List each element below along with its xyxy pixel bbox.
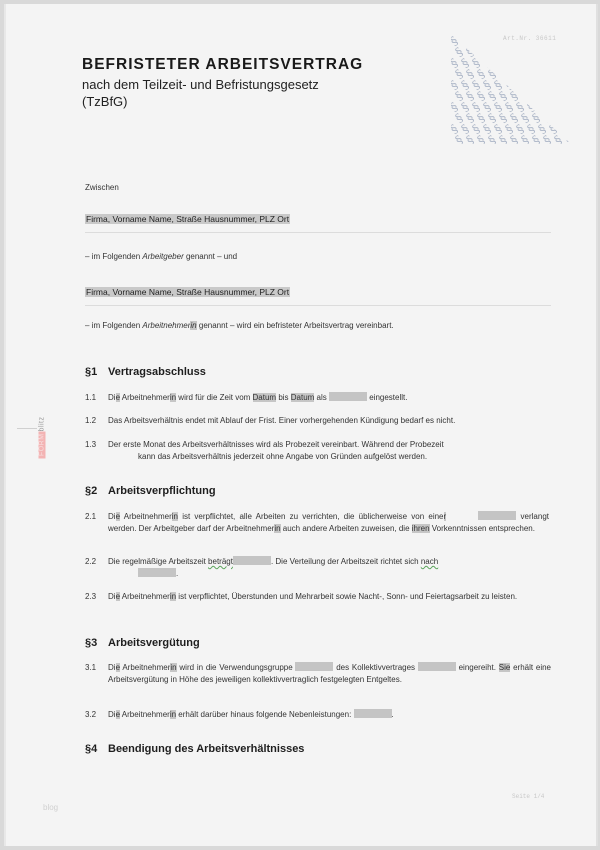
watermark-glyph: §: [530, 45, 543, 60]
watermark-glyph: §: [541, 133, 554, 144]
watermark-glyph: §: [536, 78, 549, 93]
document-title: BEFRISTETER ARBEITSVERTRAG: [82, 56, 363, 74]
watermark-glyph: §: [530, 89, 543, 104]
watermark-glyph: §: [464, 133, 477, 144]
watermark-glyph: §: [552, 89, 565, 104]
divider: [85, 305, 551, 306]
page-number: Seite 1/4: [512, 793, 544, 800]
watermark-glyph: §: [552, 67, 565, 82]
watermark-glyph: §: [525, 78, 538, 93]
document-page: Art.Nr. 36611 §§§§§§§§§§§§§§§§§§§§§§§§§§…: [4, 4, 598, 846]
section-heading-4: §4Beendigung des Arbeitsverhältnisses: [85, 743, 304, 755]
watermark-glyph: §: [519, 89, 532, 104]
brand-logo: FORMblitz: [39, 417, 46, 487]
section-heading-2: §2Arbeitsverpflichtung: [85, 485, 216, 497]
watermark-glyph: §: [508, 45, 521, 60]
employer-type-field[interactable]: [478, 511, 516, 520]
watermark-glyph: §: [558, 78, 571, 93]
watermark-glyph: §: [552, 133, 565, 144]
watermark-glyph: §: [536, 34, 549, 48]
watermark-glyph: §: [486, 133, 499, 144]
benefits-field[interactable]: [354, 709, 392, 718]
watermark-glyph: §: [475, 133, 488, 144]
watermark-glyph: §: [541, 45, 554, 60]
clause-2-1: 2.1 Die Arbeitnehmerin ist verpflichtet,…: [85, 511, 551, 535]
watermark-glyph: §: [552, 111, 565, 126]
section-heading-3: §3Arbeitsvergütung: [85, 637, 200, 649]
footer-watermark: blog: [43, 803, 58, 812]
watermark-glyph: §: [514, 56, 527, 71]
watermark-glyph: §: [530, 133, 543, 144]
working-hours-field[interactable]: [233, 556, 271, 565]
employer-field[interactable]: Firma, Vorname Name, Straße Hausnummer, …: [85, 214, 290, 224]
watermark-glyph: §: [547, 100, 560, 115]
watermark-glyph: §: [470, 34, 483, 48]
clause-2-3: 2.3 Die Arbeitnehmerin ist verpflichtet,…: [85, 591, 551, 603]
watermark-glyph: §: [514, 78, 527, 93]
clause-3-2: 3.2 Die Arbeitnehmerin erhält darüber hi…: [85, 709, 551, 721]
document-subtitle: nach dem Teilzeit- und Befristungsgesetz…: [82, 76, 402, 110]
watermark-glyph: §: [563, 111, 571, 126]
section-heading-1: §1Vertragsabschluss: [85, 366, 206, 378]
watermark-glyph: §: [519, 45, 532, 60]
employee-field[interactable]: Firma, Vorname Name, Straße Hausnummer, …: [85, 287, 290, 297]
watermark-glyph: §: [547, 78, 560, 93]
watermark-glyph: §: [497, 133, 510, 144]
clause-1-3: 1.3 Der erste Monat des Arbeitsverhältni…: [85, 439, 551, 463]
date-to-field[interactable]: Datum: [291, 393, 315, 402]
watermark-glyph: §: [508, 67, 521, 82]
watermark-glyph: §: [536, 100, 549, 115]
pay-group-field[interactable]: [295, 662, 333, 671]
watermark-glyph: §: [475, 45, 488, 60]
watermark-glyph: §: [519, 133, 532, 144]
watermark-glyph: §: [525, 56, 538, 71]
watermark-glyph: §: [459, 34, 472, 48]
watermark-glyph: §: [558, 100, 571, 115]
watermark-glyph: §: [519, 67, 532, 82]
watermark-glyph: §: [541, 89, 554, 104]
clause-1-1: 1.1 Die Arbeitnehmerin wird für die Zeit…: [85, 392, 551, 404]
watermark-glyph: §: [541, 67, 554, 82]
date-from-field[interactable]: Datum: [253, 393, 277, 402]
watermark-glyph: §: [558, 56, 571, 71]
employer-role: – im Folgenden Arbeitgeber genannt – und: [85, 252, 237, 261]
watermark-glyph: §: [563, 67, 571, 82]
subtitle-line-2: (TzBfG): [82, 93, 402, 110]
clause-2-2: 2.2 Die regelmäßige Arbeitszeit beträgt.…: [85, 556, 551, 580]
watermark-glyph: §: [486, 45, 499, 60]
watermark-glyph: §: [536, 56, 549, 71]
clause-1-2: 1.2 Das Arbeitsverhältnis endet mit Abla…: [85, 415, 551, 427]
watermark-glyph: §: [547, 56, 560, 71]
watermark-glyph: §: [558, 34, 571, 48]
collective-agreement-field[interactable]: [418, 662, 456, 671]
intro-text: Zwischen: [85, 183, 119, 192]
watermark-glyph: §: [563, 89, 571, 104]
watermark-glyph: §: [492, 56, 505, 71]
watermark-glyph: §: [453, 133, 466, 144]
paragraph-watermark: §§§§§§§§§§§§§§§§§§§§§§§§§§§§§§§§§§§§§§§§…: [451, 34, 571, 144]
brand-side-tab: FORMblitz: [33, 422, 45, 492]
watermark-glyph: §: [547, 34, 560, 48]
subtitle-line-1: nach dem Teilzeit- und Befristungsgesetz: [82, 76, 402, 93]
position-field[interactable]: [329, 392, 367, 401]
watermark-glyph: §: [497, 45, 510, 60]
watermark-glyph: §: [563, 45, 571, 60]
watermark-glyph: §: [492, 34, 505, 48]
watermark-glyph: §: [508, 133, 521, 144]
employee-role: – im Folgenden Arbeitnehmerin genannt – …: [85, 321, 394, 330]
watermark-glyph: §: [503, 34, 516, 48]
watermark-glyph: §: [530, 67, 543, 82]
watermark-glyph: §: [558, 122, 571, 137]
watermark-glyph: §: [552, 45, 565, 60]
watermark-glyph: §: [481, 34, 494, 48]
watermark-glyph: §: [497, 67, 510, 82]
watermark-glyph: §: [503, 56, 516, 71]
divider: [85, 232, 551, 233]
clause-3-1: 3.1 Die Arbeitnehmerin wird in die Verwe…: [85, 662, 551, 686]
work-distribution-field[interactable]: [138, 568, 176, 577]
divider: [17, 428, 37, 429]
watermark-glyph: §: [525, 34, 538, 48]
watermark-glyph: §: [514, 34, 527, 48]
